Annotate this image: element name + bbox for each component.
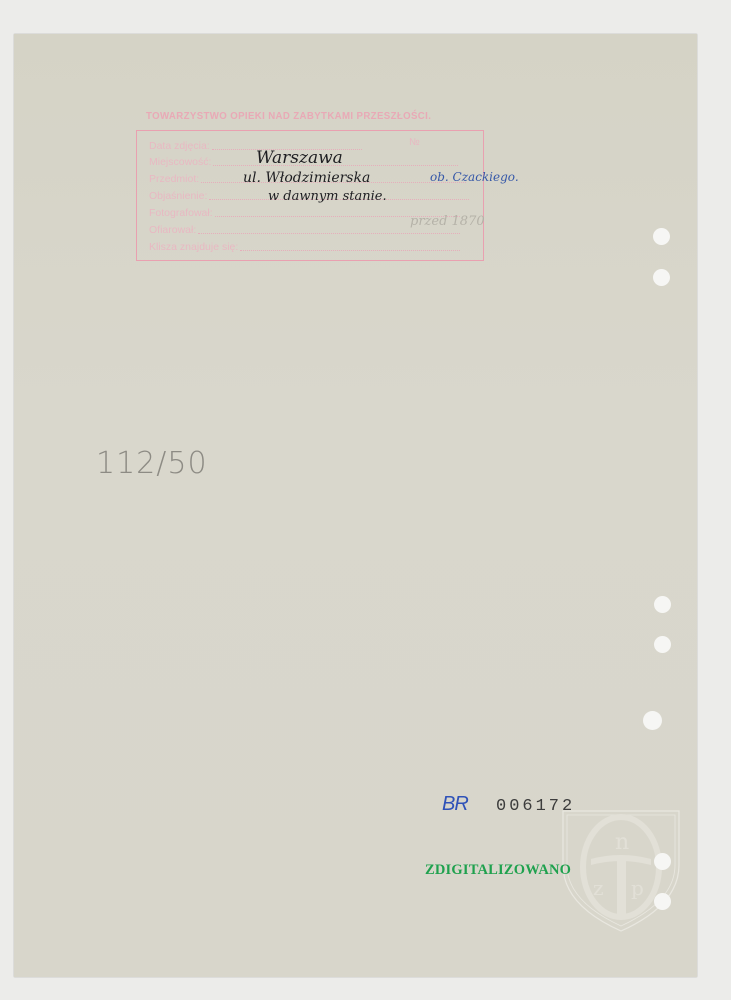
punch-hole (653, 269, 670, 286)
field-label: Miejscowość: (149, 156, 211, 168)
punch-hole (654, 893, 671, 910)
handwritten-subject: ul. Włodzimierska (243, 170, 370, 186)
punch-hole-torn (643, 711, 662, 730)
svg-text:n: n (615, 830, 629, 855)
pencil-date-note: przed 1870 (410, 214, 485, 229)
punch-hole (654, 853, 671, 870)
stamp-title: TOWARZYSTWO OPIEKI NAD ZABYTKAMI PRZESZŁ… (146, 110, 431, 122)
nzp-watermark-icon: n z p (557, 805, 685, 935)
punch-hole (654, 596, 671, 613)
stamp-number-label: № (409, 137, 420, 148)
handwritten-description: w dawnym stanie. (268, 189, 387, 204)
handwritten-note-blue: ob. Czackiego. (430, 170, 519, 184)
field-label: Ofiarował: (149, 224, 196, 236)
inventory-number: 006172 (496, 797, 575, 816)
digitized-stamp: ZDIGITALIZOWANO (425, 862, 571, 879)
punch-hole (654, 636, 671, 653)
punch-hole (653, 228, 670, 245)
field-label: Objaśnienie: (149, 190, 207, 202)
svg-text:p: p (631, 876, 644, 900)
pencil-catalog-number: 112/50 (96, 446, 208, 481)
field-label: Przedmiot: (149, 173, 199, 185)
br-handwritten-mark: BR (442, 793, 468, 816)
svg-text:z: z (593, 876, 604, 900)
field-label: Fotografował: (149, 207, 213, 219)
stamp-field-negative: Klisza znajduje się: (149, 237, 460, 253)
handwritten-place: Warszawa (256, 148, 343, 168)
field-label: Klisza znajduje się: (149, 241, 238, 253)
field-label: Data zdjęcia: (149, 140, 210, 152)
